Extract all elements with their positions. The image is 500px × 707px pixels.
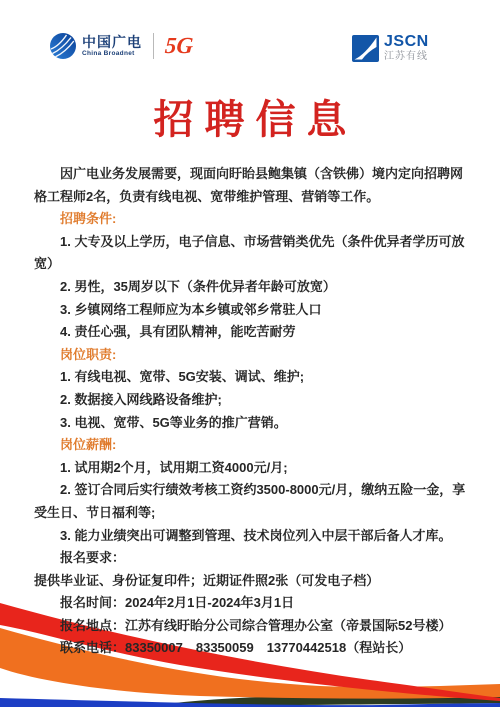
jscn-mark-icon [352,35,379,62]
list-item: 2. 数据接入网线路设备维护; [0,389,500,412]
contact-label: 报名要求： [60,550,125,565]
jscn-name-cn: 江苏有线 [384,52,429,62]
intro-paragraph: 因广电业务发展需要，现面向盱眙县鲍集镇（含铁佛）境内定向招聘网格工程师2名，负责… [0,163,500,208]
contact-label: 报名地点： [60,618,125,633]
jscn-logo: JSCN 江苏有线 [352,34,429,62]
jscn-abbr: JSCN [384,34,429,50]
contact-value: 江苏有线盱眙分公司综合管理办公室（帝景国际52号楼） [125,618,451,633]
contact-line-location: 报名地点：江苏有线盱眙分公司综合管理办公室（帝景国际52号楼） [0,615,500,638]
recruitment-poster: 中国广电 China Broadnet 5G JSCN 江苏有线 招聘信息 因广… [0,0,500,707]
contact-value: 2024年2月1日-2024年3月1日 [125,595,294,610]
list-item: 3. 乡镇网络工程师应为本乡镇或邻乡常驻人口 [0,299,500,322]
logo-header: 中国广电 China Broadnet 5G JSCN 江苏有线 [0,33,500,67]
list-item: 1. 试用期2个月，试用期工资4000元/月; [0,457,500,480]
brand-name-en: China Broadnet [82,51,142,58]
list-item: 1. 有线电视、宽带、5G安装、调试、维护; [0,366,500,389]
logo-divider [153,33,154,59]
list-item: 3. 能力业绩突出可调整到管理、技术岗位列入中层干部后备人才库。 [0,525,500,548]
5g-logo: 5G [164,33,194,59]
contact-line-requirements: 报名要求：提供毕业证、身份证复印件；近期证件照2张（可发电子档） [0,547,500,592]
contact-label: 联系电话： [60,640,125,655]
list-item: 1. 大专及以上学历，电子信息、市场营销类优先（条件优异者学历可放宽） [0,231,500,276]
section-heading-salary: 岗位薪酬: [0,434,500,457]
china-broadnet-logo: 中国广电 China Broadnet 5G [50,33,193,59]
list-item: 3. 电视、宽带、5G等业务的推广营销。 [0,412,500,435]
brand-name-cn: 中国广电 [82,35,142,49]
list-item: 4. 责任心强，具有团队精神，能吃苦耐劳 [0,321,500,344]
section-heading-duties: 岗位职责: [0,344,500,367]
poster-body: 因广电业务发展需要，现面向盱眙县鲍集镇（含铁佛）境内定向招聘网格工程师2名，负责… [0,163,500,660]
brand-text: 中国广电 China Broadnet [82,35,142,58]
contact-value: 提供毕业证、身份证复印件；近期证件照2张（可发电子档） [34,573,379,588]
poster-title: 招聘信息 [0,95,500,145]
contact-value: 83350007 83350059 13770442518（程站长） [125,640,411,655]
contact-line-phone: 联系电话：83350007 83350059 13770442518（程站长） [0,637,500,660]
section-heading-requirements: 招聘条件: [0,208,500,231]
globe-icon [50,33,76,59]
contact-line-time: 报名时间：2024年2月1日-2024年3月1日 [0,592,500,615]
jscn-text: JSCN 江苏有线 [384,34,429,62]
contact-label: 报名时间： [60,595,125,610]
list-item: 2. 男性，35周岁以下（条件优异者年龄可放宽） [0,276,500,299]
list-item: 2. 签订合同后实行绩效考核工资约3500-8000元/月，缴纳五险一金，享受生… [0,479,500,524]
